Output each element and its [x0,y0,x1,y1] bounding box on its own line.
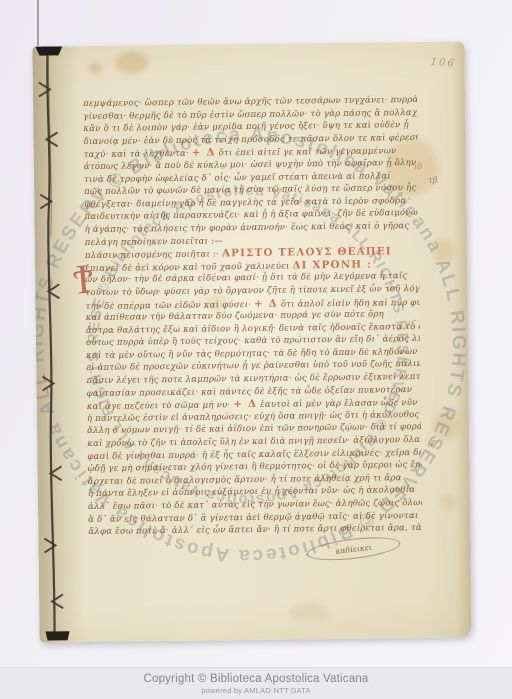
viewer-footer: Copyright © Biblioteca Apostolica Vatica… [0,667,512,699]
marginal-note: ιδ [414,162,423,172]
viewer-canvas: { "page": { "folio_number": "106", "parc… [0,0,512,699]
stain [89,62,103,74]
page-edge-shadow [450,41,471,637]
stain [289,603,329,621]
manuscript-text-block: πεμψάμενος· ὥσπερ τῶν θεῶν ἄνω ἀρχῆς τῶν… [83,94,422,539]
powered-by-text: powered by AMLAD·NTT DATA [201,686,310,695]
book-cover-edge [37,0,39,46]
marginal-note: τβ [428,176,438,186]
manuscript-line: ἄλφα ἔσω ποτὲ ἅ· ἀλλ᾽ εἰς ὧν ἅπτει ἄν· ἢ… [88,522,422,539]
scribal-note: καδίεικει [306,533,402,564]
stain [440,494,456,510]
folio-number: 106 [430,57,456,70]
stain [114,51,148,73]
manuscript-page[interactable]: © Biblioteca Apostolica Vaticana ALL RIG… [32,41,471,642]
marginal-note: ιϛ [408,318,416,328]
marginal-note: ιζ [427,440,435,450]
copyright-text: Copyright © Biblioteca Apostolica Vatica… [143,673,368,685]
binding-stitches [32,46,73,642]
stain [433,238,455,264]
